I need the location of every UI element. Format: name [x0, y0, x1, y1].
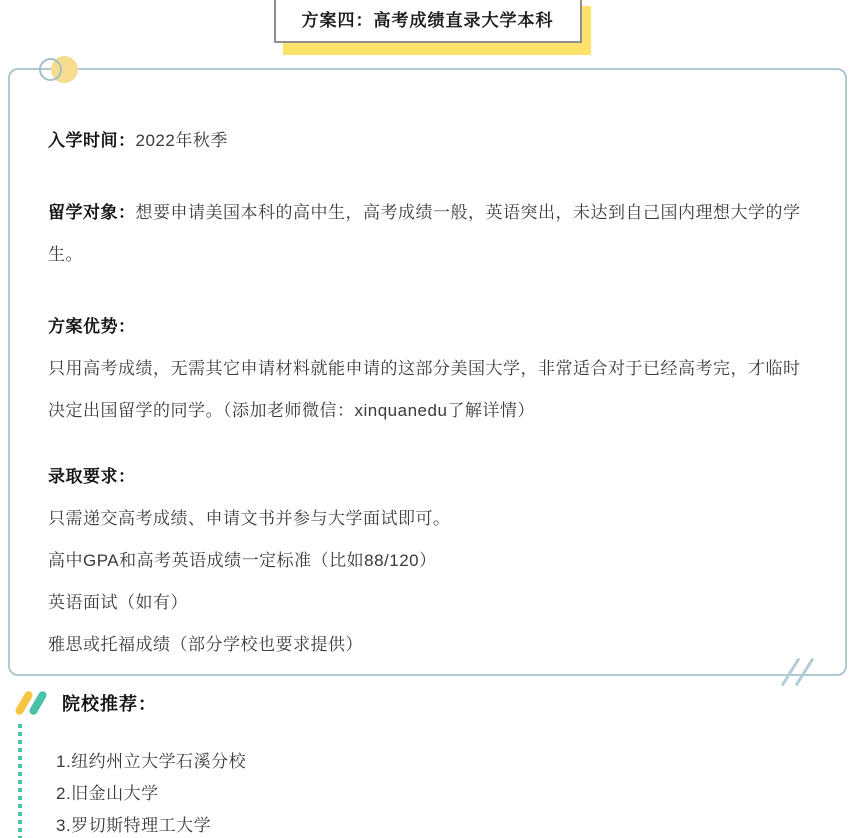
outline-circle-icon — [39, 58, 62, 81]
requirement-item: 只需递交高考成绩、申请文书并参与大学面试即可。 — [48, 498, 811, 540]
school-list: 1.纽约州立大学石溪分校 2.旧金山大学 3.罗切斯特理工大学 — [0, 724, 855, 838]
requirement-item: 英语面试（如有） — [48, 582, 811, 624]
school-recommendation-body: 1.纽约州立大学石溪分校 2.旧金山大学 3.罗切斯特理工大学 — [0, 724, 855, 838]
banner-title: 方案四：高考成绩直录大学本科 — [274, 0, 582, 43]
requirement-item: 高中GPA和高考英语成绩一定标准（比如88/120） — [48, 540, 811, 582]
dotted-vertical-line — [18, 724, 22, 838]
enrollment-time-value: 2022年秋季 — [136, 131, 228, 150]
school-list-item: 2.旧金山大学 — [56, 778, 855, 810]
school-recommendation-header: 院校推荐： — [14, 688, 157, 718]
school-list-item: 1.纽约州立大学石溪分校 — [56, 746, 855, 778]
plan-detail-card: 入学时间：2022年秋季 留学对象：想要申请美国本科的高中生，高考成绩一般，英语… — [8, 68, 847, 676]
plan-advantage-text: 只用高考成绩，无需其它申请材料就能申请的这部分美国大学，非常适合对于已经高考完，… — [48, 348, 811, 432]
plan-advantage-section: 方案优势： 只用高考成绩，无需其它申请材料就能申请的这部分美国大学，非常适合对于… — [48, 306, 811, 432]
title-banner: 方案四：高考成绩直录大学本科 — [0, 0, 855, 43]
admission-requirements-section: 录取要求： 只需递交高考成绩、申请文书并参与大学面试即可。 高中GPA和高考英语… — [48, 456, 811, 666]
double-slash-bullet-icon — [14, 688, 48, 718]
target-students-section: 留学对象：想要申请美国本科的高中生，高考成绩一般，英语突出，未达到自己国内理想大… — [48, 192, 811, 276]
school-recommendation-title: 院校推荐： — [62, 690, 157, 716]
enrollment-time-section: 入学时间：2022年秋季 — [48, 120, 811, 162]
school-list-item: 3.罗切斯特理工大学 — [56, 810, 855, 838]
double-slash-border-icon — [775, 656, 823, 690]
enrollment-time-label: 入学时间： — [48, 131, 136, 150]
admission-requirements-label: 录取要求： — [48, 467, 136, 486]
requirement-item: 雅思或托福成绩（部分学校也要求提供） — [48, 624, 811, 666]
plan-advantage-label: 方案优势： — [48, 317, 136, 336]
target-students-label: 留学对象： — [48, 203, 136, 222]
target-students-text: 想要申请美国本科的高中生，高考成绩一般，英语突出，未达到自己国内理想大学的学生。 — [48, 203, 801, 264]
